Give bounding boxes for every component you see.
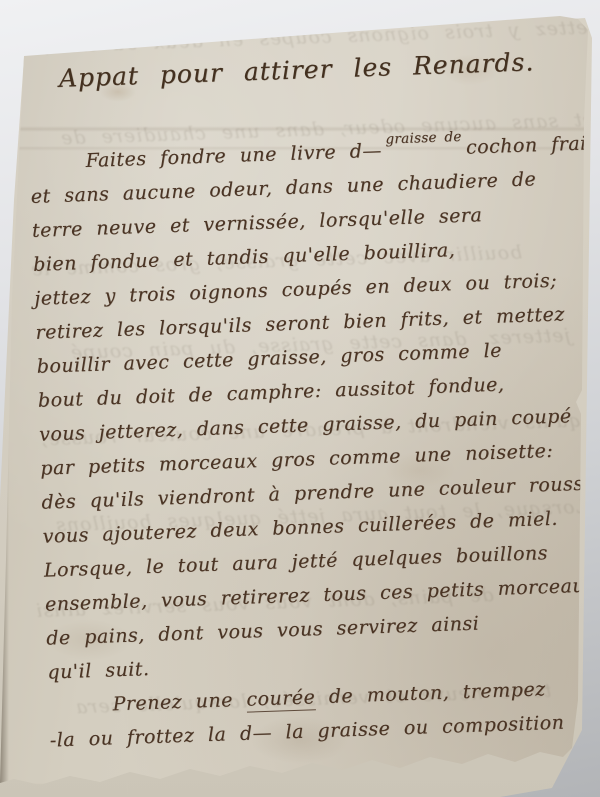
photo-backdrop: jettez y trois oignons coupés en deux ou… — [0, 0, 600, 797]
paper-edge-shading — [0, 0, 600, 797]
manuscript-page: jettez y trois oignons coupés en deux ou… — [0, 0, 600, 797]
